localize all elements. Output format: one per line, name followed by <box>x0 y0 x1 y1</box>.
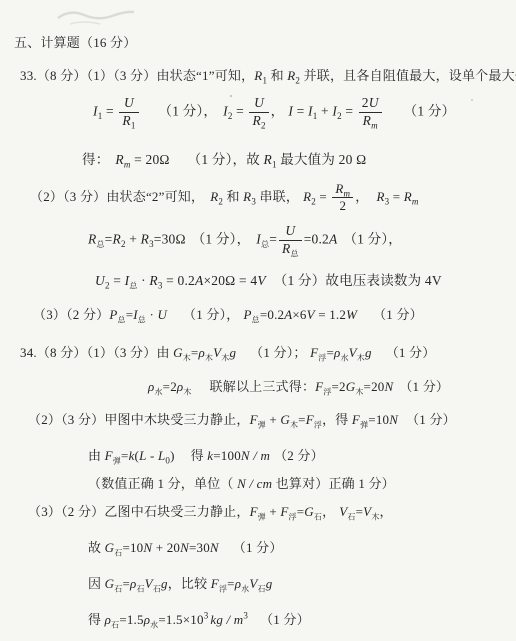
q33-rm-result: 得：Rm = 20Ω（1 分），故 R1 最大值为 20 Ω <box>82 150 366 169</box>
q33-part2-intro: （2）（3 分）由状态“2”可知，R2 和 R3 串联，R2 = Rm2，R3 … <box>30 182 419 214</box>
q34-part1-intro: 34.（8 分）（1）（3 分）由 G木=ρ木V木g（1 分）； F浮=ρ水V木… <box>20 343 435 362</box>
section-title: 五、计算题（16 分） <box>14 33 136 52</box>
q34-grading-note: （数值正确 1 分，单位（ N / cm 也算对）正确 1 分） <box>88 474 395 493</box>
q33-total-resistance-current: R总=R2 + R3=30Ω（1 分），I总=UR总=0.2A（1 分）， <box>88 224 402 257</box>
q34-stone-weight: 故 G石=10N + 20N=30N（1 分） <box>88 538 283 557</box>
q34-stone-density-result: 得 ρ石=1.5ρ水=1.5×103kg / m3（1 分） <box>88 610 310 629</box>
q34-density-compare: 因 G石=ρ石V石g，比较 F浮=ρ水V石g <box>88 574 272 593</box>
q34-spring-constant: 由 F弹=k(L - L0)得 k=100N / m（2 分） <box>88 446 324 465</box>
q34-density-relation: ρ水=2ρ木联解以上三式得：F浮=2G木=20N（1 分） <box>148 377 449 396</box>
q33-part1-intro: 33.（8 分）（1）（3 分）由状态“1”可知，R1 和 R2 并联，且各自阻… <box>20 66 516 85</box>
q34-part2-intro: （2）（3 分）甲图中木块受三力静止，F弹 + G木=F浮，得 F弹=10N（1… <box>28 410 456 429</box>
q33-voltmeter-reading: U2 = I总 · R3 = 0.2A×20Ω = 4V（1 分）故电压表读数为… <box>95 271 442 290</box>
q34-part3-intro: （3）（2 分）乙图中石块受三力静止，F弹 + F浮=G石，V石=V木， <box>28 502 393 521</box>
exam-answer-sheet-page: 五、计算题（16 分） 33.（8 分）（1）（3 分）由状态“1”可知，R1 … <box>0 0 516 641</box>
q33-part3-power: （3）（2 分）P总=I总 · U（1 分），P总=0.2A×6V = 1.2W… <box>33 305 423 324</box>
q33-branch-current-formula: I1 = UR1（1 分），I2 = UR2，I = I1 + I2 = 2UR… <box>93 96 455 129</box>
